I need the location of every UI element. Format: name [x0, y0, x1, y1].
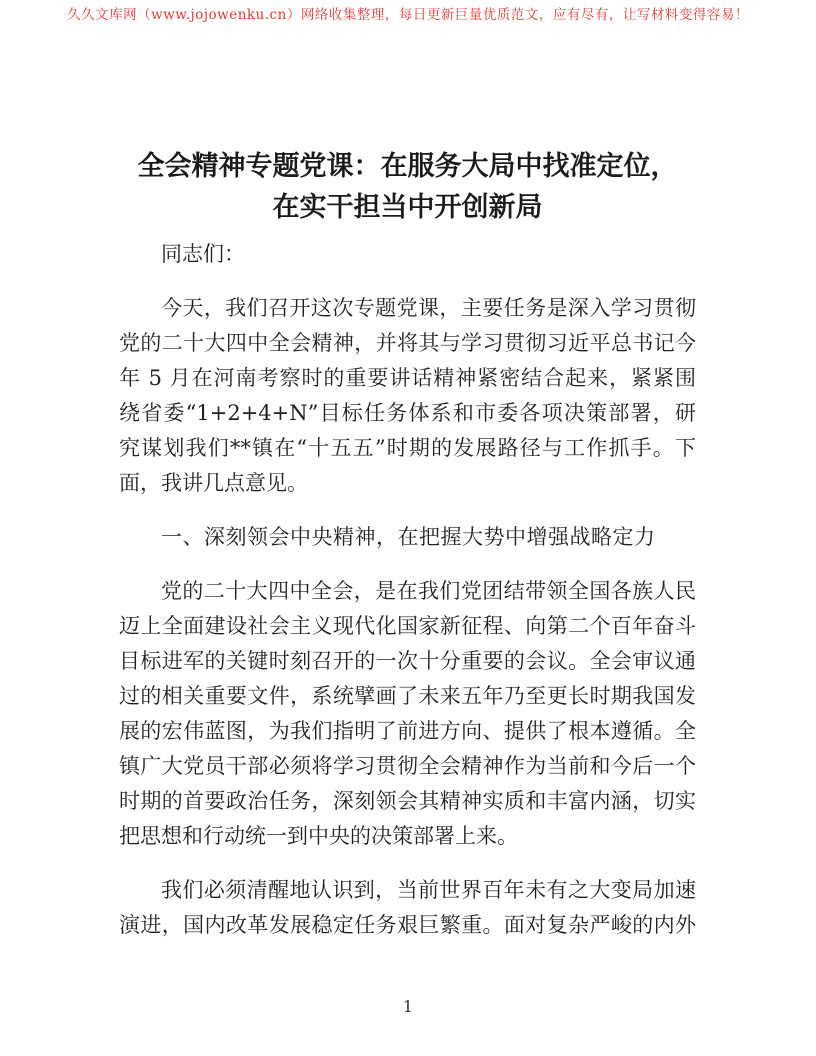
text-line: 同志们：	[119, 237, 696, 272]
document-content: 全会精神专题党课：在服务大局中找准定位， 在实干担当中开创新局 同志们：今天，我…	[119, 0, 696, 962]
text-line: 我们必须清醒地认识到，当前世界百年未有之大变局加速	[119, 873, 696, 908]
text-line: 展的宏伟蓝图，为我们指明了前进方向、提供了根本遵循。全	[119, 714, 696, 749]
text-line: 镇广大党员干部必须将学习贯彻全会精神作为当前和今后一个	[119, 749, 696, 784]
text-line: 时期的首要政治任务，深刻领会其精神实质和丰富内涵，切实	[119, 784, 696, 819]
document-title: 全会精神专题党课：在服务大局中找准定位， 在实干担当中开创新局	[119, 146, 696, 228]
document-page: 久久文库网（www.jojowenku.cn）网络收集整理，每日更新巨量优质范文…	[0, 0, 816, 1056]
page-number: 1	[0, 997, 816, 1016]
paragraph: 党的二十大四中全会，是在我们党团结带领全国各族人民迈上全面建设社会主义现代化国家…	[119, 574, 696, 854]
section-heading: 一、深刻领会中央精神，在把握大势中增强战略定力	[119, 520, 696, 555]
text-line: 目标进军的关键时刻召开的一次十分重要的会议。全会审议通	[119, 644, 696, 679]
text-line: 演进，国内改革发展稳定任务艰巨繁重。面对复杂严峻的内外	[119, 908, 696, 943]
text-line: 年 5 月在河南考察时的重要讲话精神紧密结合起来，紧紧围	[119, 361, 696, 396]
text-line: 一、深刻领会中央精神，在把握大势中增强战略定力	[119, 520, 696, 555]
paragraph: 今天，我们召开这次专题党课，主要任务是深入学习贯彻党的二十大四中全会精神，并将其…	[119, 291, 696, 501]
text-line: 把思想和行动统一到中央的决策部署上来。	[119, 819, 696, 854]
text-line: 究谋划我们**镇在“十五五”时期的发展路径与工作抓手。下	[119, 431, 696, 466]
text-line: 党的二十大四中全会精神，并将其与学习贯彻习近平总书记今	[119, 326, 696, 361]
paragraph: 我们必须清醒地认识到，当前世界百年未有之大变局加速演进，国内改革发展稳定任务艰巨…	[119, 873, 696, 943]
document-body: 同志们：今天，我们召开这次专题党课，主要任务是深入学习贯彻党的二十大四中全会精神…	[119, 237, 696, 943]
text-line: 绕省委“1+2+4+N”目标任务体系和市委各项决策部署，研	[119, 396, 696, 431]
document-title-line-2: 在实干担当中开创新局	[119, 187, 696, 228]
text-line: 今天，我们召开这次专题党课，主要任务是深入学习贯彻	[119, 291, 696, 326]
paragraph: 同志们：	[119, 237, 696, 272]
text-line: 党的二十大四中全会，是在我们党团结带领全国各族人民	[119, 574, 696, 609]
document-title-line-1: 全会精神专题党课：在服务大局中找准定位，	[119, 146, 696, 187]
text-line: 过的相关重要文件，系统擘画了未来五年乃至更长时期我国发	[119, 679, 696, 714]
text-line: 迈上全面建设社会主义现代化国家新征程、向第二个百年奋斗	[119, 609, 696, 644]
text-line: 面，我讲几点意见。	[119, 466, 696, 501]
